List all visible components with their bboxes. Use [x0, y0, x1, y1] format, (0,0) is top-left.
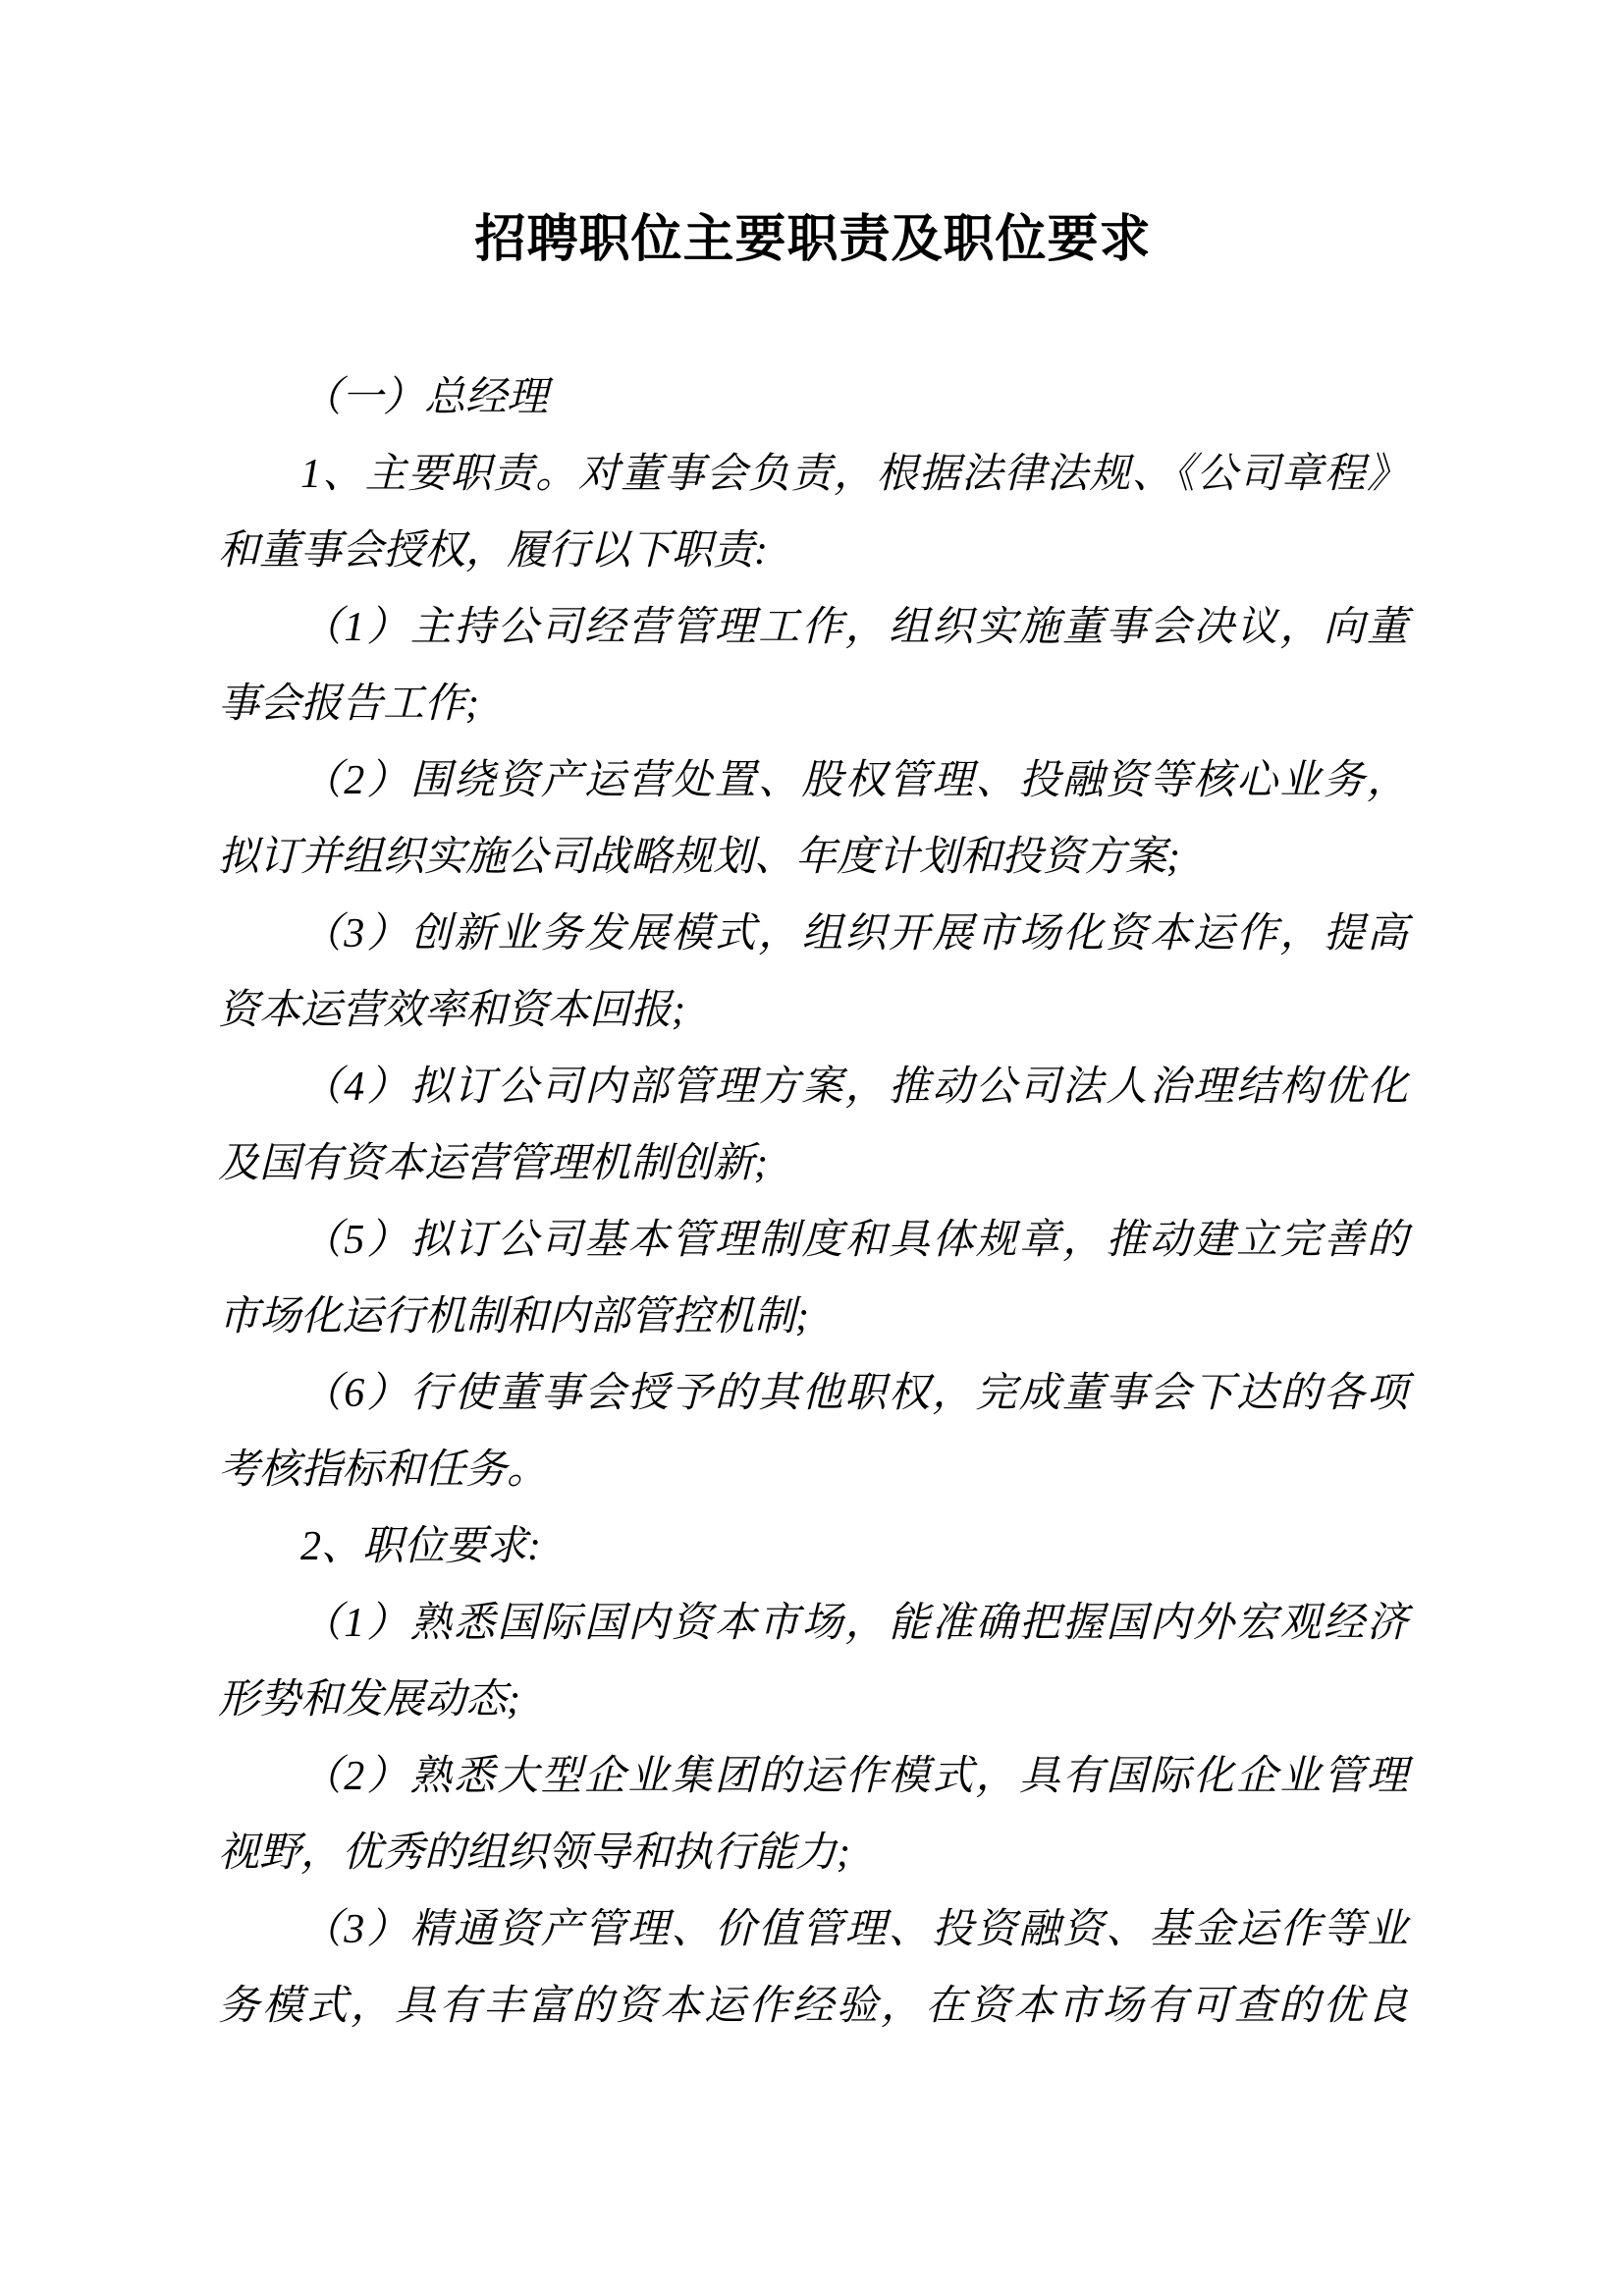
text-line: 和董事会授权，履行以下职责: [218, 513, 1408, 589]
document-page: 招聘职位主要职责及职位要求 （一）总经理 1、主要职责。对董事会负责，根据法律法… [0, 0, 1623, 2296]
text-line: 考核指标和任务。 [218, 1432, 1408, 1508]
text-line: （1）主持公司经营管理工作，组织实施董事会决议，向董 [218, 589, 1408, 666]
text-line: 视野，优秀的组织领导和执行能力; [218, 1815, 1408, 1891]
text-line: 及国有资本运营管理机制创新; [218, 1125, 1408, 1202]
subsection-heading: 2、职位要求: [218, 1508, 1408, 1585]
text-line: （1）熟悉国际国内资本市场，能准确把握国内外宏观经济 [218, 1585, 1408, 1662]
document-body: （一）总经理 1、主要职责。对董事会负责，根据法律法规、《公司章程》 和董事会授… [218, 359, 1408, 2045]
text-line: （5）拟订公司基本管理制度和具体规章，推动建立完善的 [218, 1202, 1408, 1279]
text-line: （6）行使董事会授予的其他职权，完成董事会下达的各项 [218, 1355, 1408, 1432]
text-line: （2）熟悉大型企业集团的运作模式，具有国际化企业管理 [218, 1738, 1408, 1815]
text-line: 务模式，具有丰富的资本运作经验，在资本市场有可查的优良 [218, 1968, 1408, 2045]
text-line: （3）精通资产管理、价值管理、投资融资、基金运作等业 [218, 1891, 1408, 1968]
text-line: （3）创新业务发展模式，组织开展市场化资本运作，提高 [218, 896, 1408, 972]
text-line: 市场化运行机制和内部管控机制; [218, 1279, 1408, 1355]
text-line: 资本运营效率和资本回报; [218, 972, 1408, 1049]
text-line: 形势和发展动态; [218, 1662, 1408, 1738]
text-line: （2）围绕资产运营处置、股权管理、投融资等核心业务， [218, 742, 1408, 819]
text-line: 1、主要职责。对董事会负责，根据法律法规、《公司章程》 [218, 436, 1408, 513]
document-title: 招聘职位主要职责及职位要求 [218, 210, 1408, 269]
text-line: （4）拟订公司内部管理方案，推动公司法人治理结构优化 [218, 1049, 1408, 1125]
section-heading: （一）总经理 [218, 359, 1408, 436]
text-line: 事会报告工作; [218, 666, 1408, 742]
text-line: 拟订并组织实施公司战略规划、年度计划和投资方案; [218, 819, 1408, 896]
